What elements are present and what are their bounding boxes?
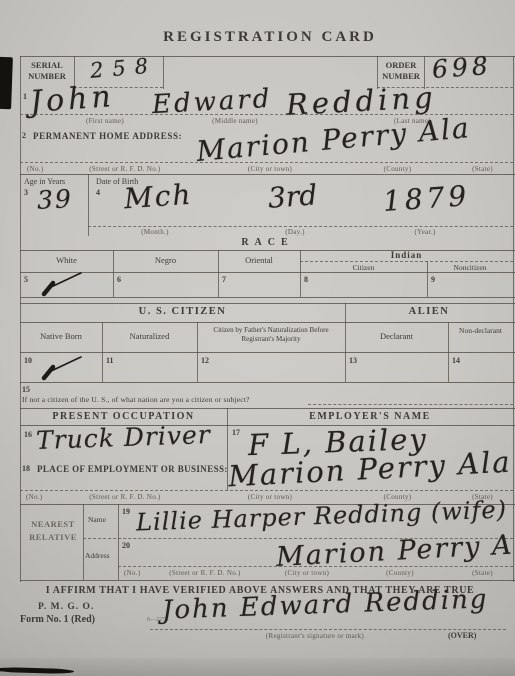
middle-name-label: (Middle name) [175, 117, 295, 125]
us-citizen-header: U. S. CITIZEN [20, 306, 345, 317]
employment-place-label: PLACE OF EMPLOYMENT OR BUSINESS: [37, 464, 228, 474]
race-white-number: 5 [24, 275, 28, 284]
non-declarant-number: 14 [452, 356, 460, 365]
cell-line [345, 303, 346, 382]
birth-day-label: (Day.) [255, 228, 335, 236]
relative-address-label: Address [85, 551, 110, 560]
address-sublabel-state: (State) [455, 165, 510, 173]
serial-number-label: SERIAL NUMBER [22, 60, 72, 81]
rule [20, 352, 515, 353]
employer-header: EMPLOYER'S NAME [227, 411, 513, 422]
line-3-number: 3 [24, 188, 28, 197]
signature-label: (Registrant's signature or mark) [235, 632, 395, 640]
race-white-checkmark-icon [40, 271, 84, 298]
order-number-label: ORDER NUMBER [379, 60, 423, 81]
relative-rule [118, 566, 513, 567]
cell-line [197, 322, 198, 382]
pmgo-label: P. M. G. O. [38, 602, 94, 612]
address-sublabel-city: (City or town) [210, 165, 330, 173]
race-noncitizen-label: Noncitizen [427, 263, 513, 272]
relative-sublabel-city: (City or town) [262, 569, 352, 577]
relative-sublabel-no: (No.) [124, 569, 140, 577]
first-name-label: (First name) [45, 117, 165, 125]
over-label: (OVER) [448, 631, 476, 640]
signature-rule [150, 629, 506, 630]
naturalized-label: Naturalized [102, 331, 197, 341]
race-citizen-number: 8 [304, 275, 308, 284]
birth-month-label: (Month.) [110, 228, 200, 236]
father-naturalization-label: Citizen by Father's Naturalization Befor… [200, 326, 342, 344]
race-white-label: White [20, 255, 113, 265]
rule [20, 303, 515, 304]
declarant-number: 13 [349, 356, 357, 365]
employment-rule [20, 490, 513, 491]
race-negro-label: Negro [113, 255, 218, 265]
race-title: RACE [200, 237, 335, 248]
rule [20, 174, 515, 175]
address-sublabel-no: (No.) [27, 165, 43, 173]
scan-edge-artifact-top-left [0, 57, 13, 110]
address-sublabel-county: (County) [360, 165, 435, 173]
line-1-number: 1 [23, 92, 27, 101]
cell-line [448, 322, 449, 382]
birth-rule [88, 226, 513, 227]
line-4-number: 4 [96, 188, 100, 197]
relative-sublabel-state: (State) [455, 569, 510, 577]
race-oriental-number: 7 [222, 275, 226, 284]
home-address-label: PERMANENT HOME ADDRESS: [33, 131, 182, 141]
age-value: 39 [36, 184, 73, 215]
cell-line [113, 250, 114, 297]
race-indian-header: Indian [300, 250, 513, 260]
occupation-value: Truck Driver [36, 420, 212, 455]
line-19-number: 19 [122, 507, 130, 516]
line-2-number: 2 [22, 131, 26, 140]
rule [20, 580, 515, 581]
father-naturalization-number: 12 [201, 356, 209, 365]
card-title: REGISTRATION CARD [150, 29, 390, 46]
line-16-number: 16 [24, 430, 32, 439]
cell-line [218, 250, 219, 297]
cell-line [118, 504, 119, 580]
line-20-number: 20 [122, 541, 130, 550]
indian-split-rule [300, 261, 513, 262]
birth-year-label: (Year.) [385, 228, 465, 236]
rule [20, 408, 515, 409]
rule [20, 382, 515, 383]
employment-sublabel-city: (City or town) [210, 493, 330, 501]
employment-sublabel-street: (Street or R. F. D. No.) [60, 493, 190, 501]
non-declarant-label: Non-declarant [448, 326, 513, 336]
registration-card-scan: REGISTRATION CARD SERIAL NUMBER 258 ORDE… [0, 0, 515, 676]
alien-header: ALIEN [345, 306, 513, 317]
declarant-label: Declarant [345, 331, 448, 341]
cell-line [163, 56, 164, 89]
scan-shadow-bottom [0, 658, 515, 676]
relative-name-label: Name [88, 515, 106, 524]
cell-line [83, 504, 84, 580]
race-noncitizen-number: 9 [431, 275, 435, 284]
cell-line [427, 261, 428, 297]
rule [20, 272, 515, 273]
address-rule [20, 162, 513, 163]
birth-year-value: 1879 [382, 179, 471, 218]
rule [20, 322, 515, 323]
cell-line [102, 322, 103, 382]
line-15-number: 15 [22, 385, 30, 394]
race-negro-number: 6 [117, 275, 121, 284]
line-17-number: 17 [232, 428, 240, 437]
race-oriental-label: Oriental [218, 255, 300, 265]
cell-line [300, 250, 301, 297]
birth-month-value: Mch [123, 178, 194, 216]
birth-day-value: 3rd [267, 178, 318, 214]
employment-sublabel-no: (No.) [26, 493, 42, 501]
nation-answer-rule [308, 404, 513, 405]
relative-name-value: Lillie Harper Redding (wife) [136, 496, 508, 537]
order-number-value: 698 [431, 51, 493, 84]
serial-number-value: 258 [89, 53, 158, 83]
native-born-checkmark-icon [40, 355, 84, 382]
native-born-label: Native Born [20, 331, 102, 341]
naturalized-number: 11 [106, 356, 114, 365]
nation-question-label: If not a citizen of the U. S., of what n… [22, 395, 250, 404]
address-sublabel-street: (Street or R. F. D. No.) [60, 165, 190, 173]
relative-sublabel-street: (Street or R. F. D. No.) [150, 569, 260, 577]
nearest-relative-label: NEAREST RELATIVE [24, 518, 82, 544]
form-number-label: Form No. 1 (Red) [20, 614, 95, 625]
rule [20, 297, 515, 298]
relative-sublabel-county: (County) [365, 569, 435, 577]
race-citizen-label: Citizen [300, 263, 427, 272]
native-born-number: 10 [24, 356, 32, 365]
line-18-number: 18 [22, 464, 30, 473]
